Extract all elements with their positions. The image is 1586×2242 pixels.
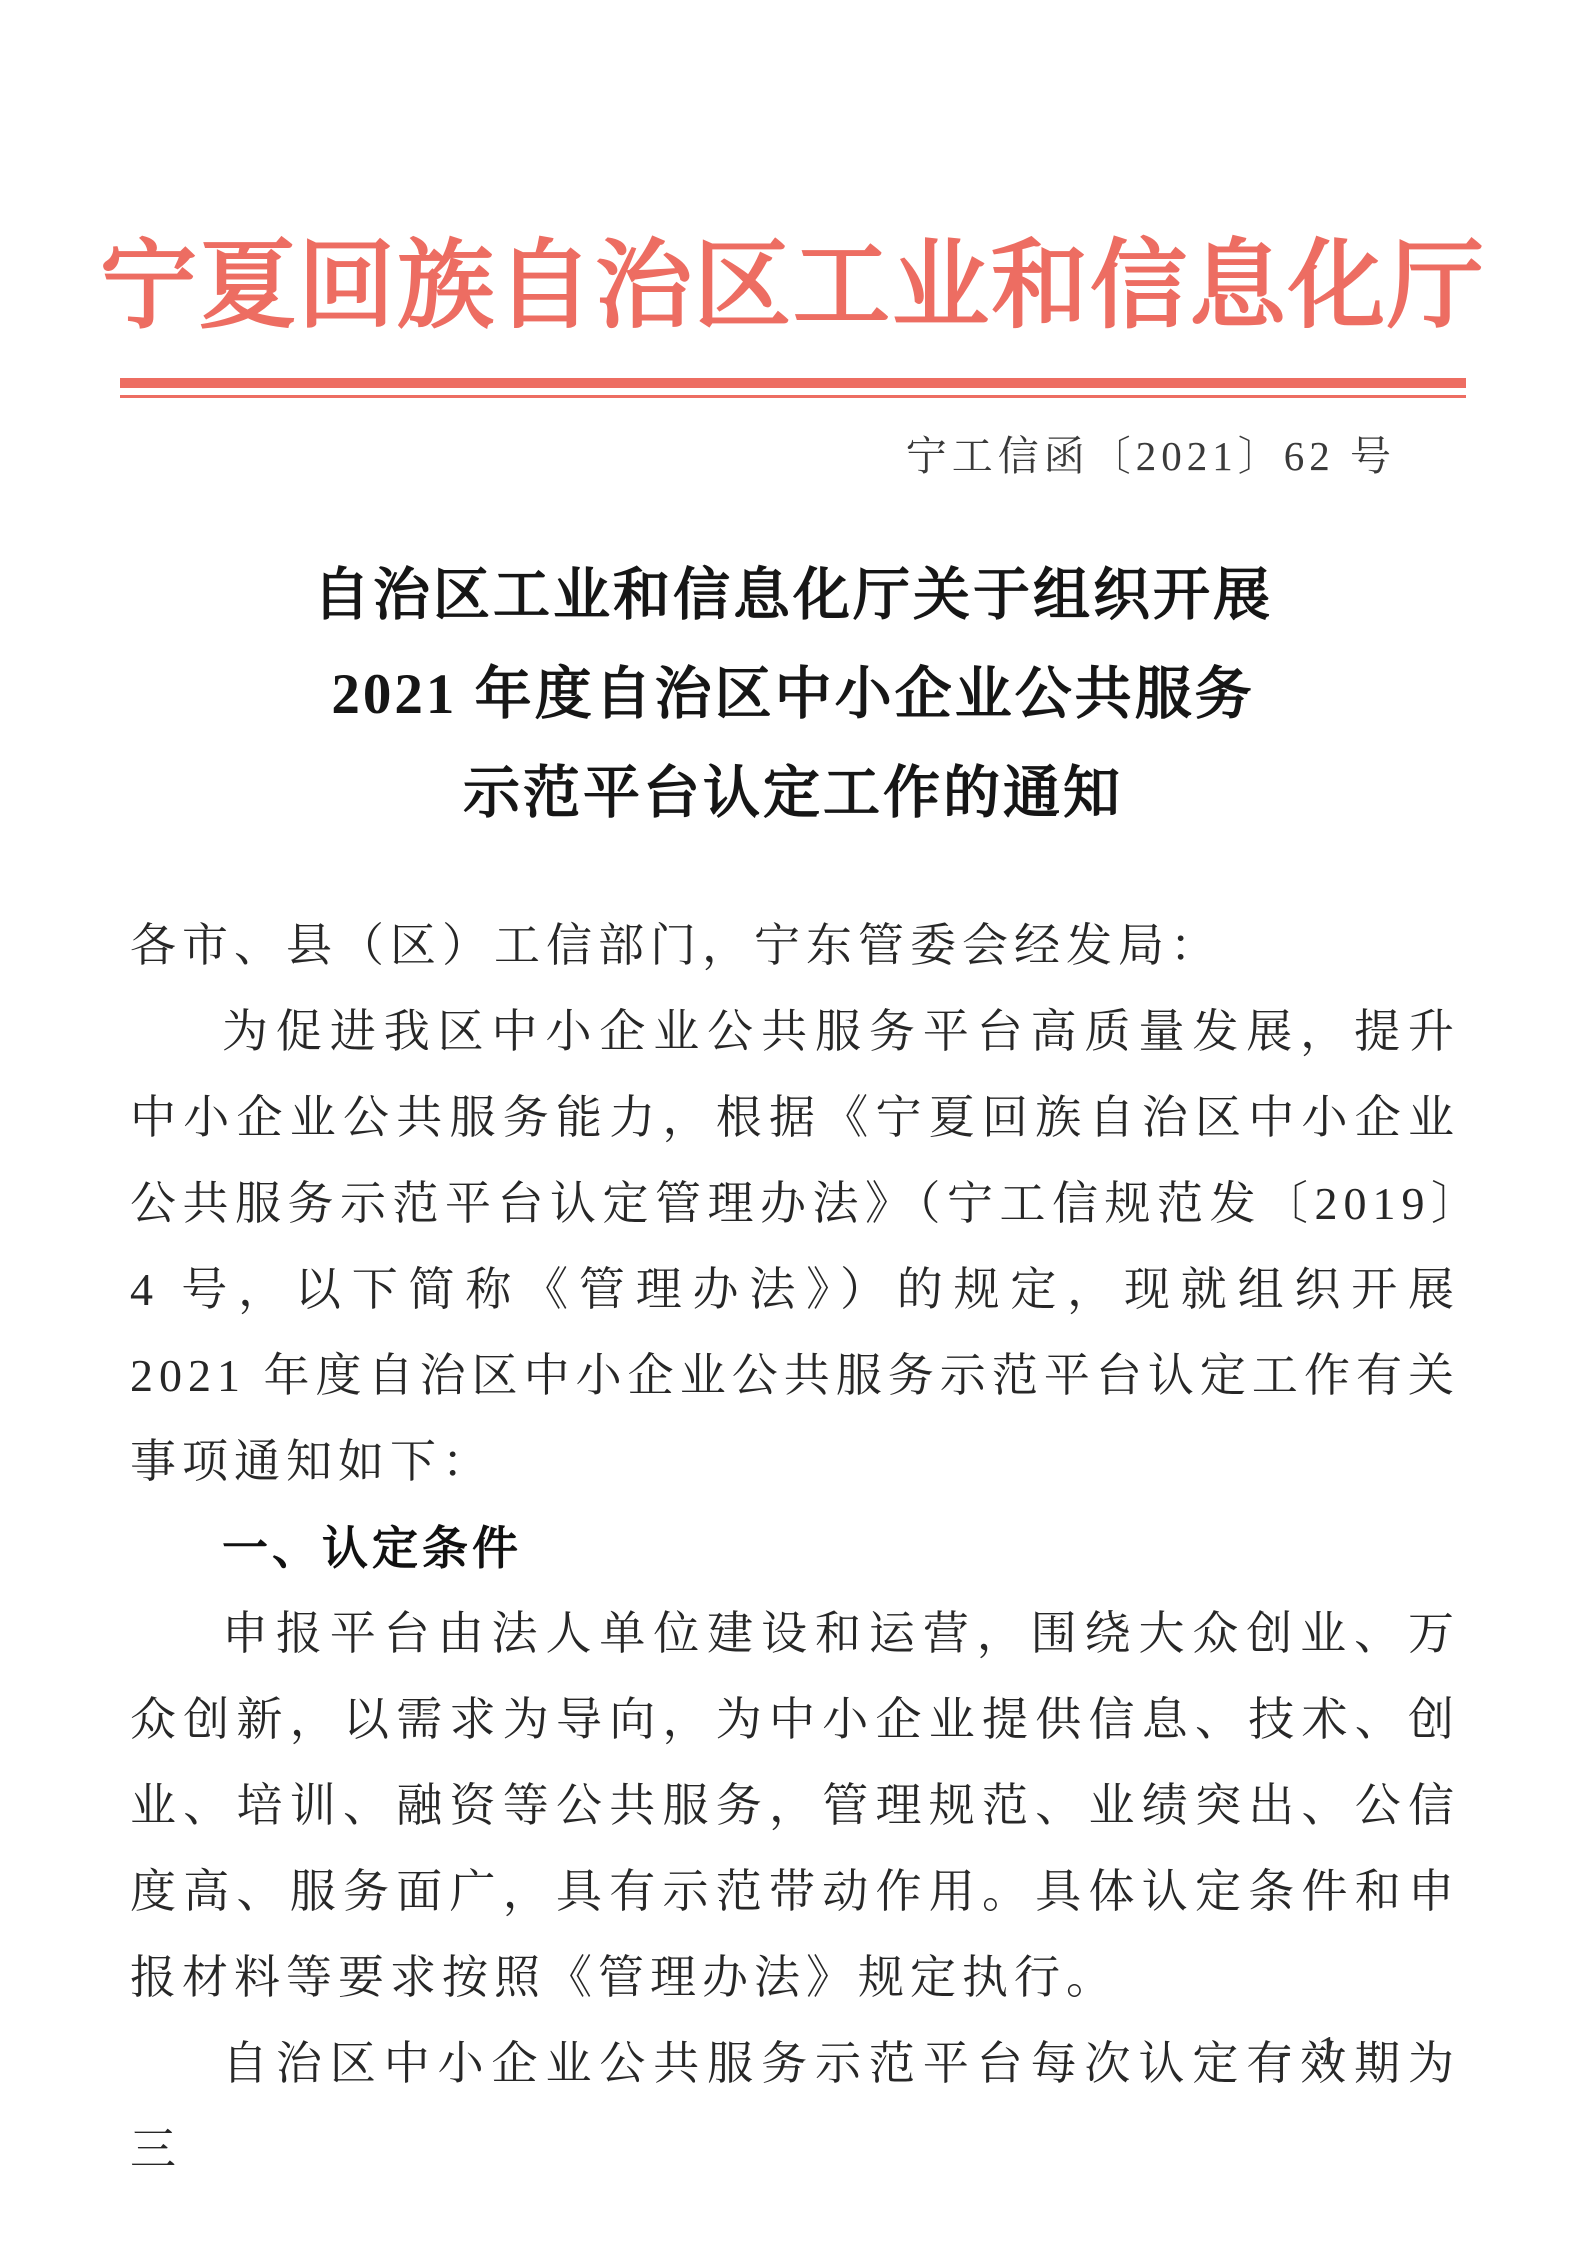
document-number: 宁工信函〔2021〕62 号: [0, 428, 1586, 484]
divider-thick-line: [120, 378, 1466, 388]
document-title-line-1: 自治区工业和信息化厅关于组织开展: [0, 546, 1586, 645]
paragraph-intro: 为促进我区中小企业公共服务平台高质量发展，提升中小企业公共服务能力，根据《宁夏回…: [130, 989, 1460, 1505]
document-title-line-3: 示范平台认定工作的通知: [0, 744, 1586, 843]
divider-thin-line: [120, 395, 1466, 398]
paragraph-validity-truncated: 自治区中小企业公共服务示范平台每次认定有效期为三: [130, 2021, 1460, 2193]
salutation-line: 各市、县（区）工信部门，宁东管委会经发局：: [130, 903, 1460, 989]
document-title-line-2: 2021 年度自治区中小企业公共服务: [0, 645, 1586, 744]
document-body: 各市、县（区）工信部门，宁东管委会经发局： 为促进我区中小企业公共服务平台高质量…: [130, 903, 1460, 2193]
page-number: - 1 -: [1278, 2026, 1386, 2074]
paragraph-conditions: 申报平台由法人单位建设和运营，围绕大众创业、万众创新，以需求为导向，为中小企业提…: [130, 1591, 1460, 2021]
letterhead-divider: [120, 378, 1466, 398]
section-heading-1: 一、认定条件: [130, 1505, 1460, 1591]
letterhead-title: 宁夏回族自治区工业和信息化厅: [0, 222, 1586, 352]
document-title: 自治区工业和信息化厅关于组织开展 2021 年度自治区中小企业公共服务 示范平台…: [0, 546, 1586, 843]
document-page: 宁夏回族自治区工业和信息化厅 宁工信函〔2021〕62 号 自治区工业和信息化厅…: [0, 0, 1586, 2242]
